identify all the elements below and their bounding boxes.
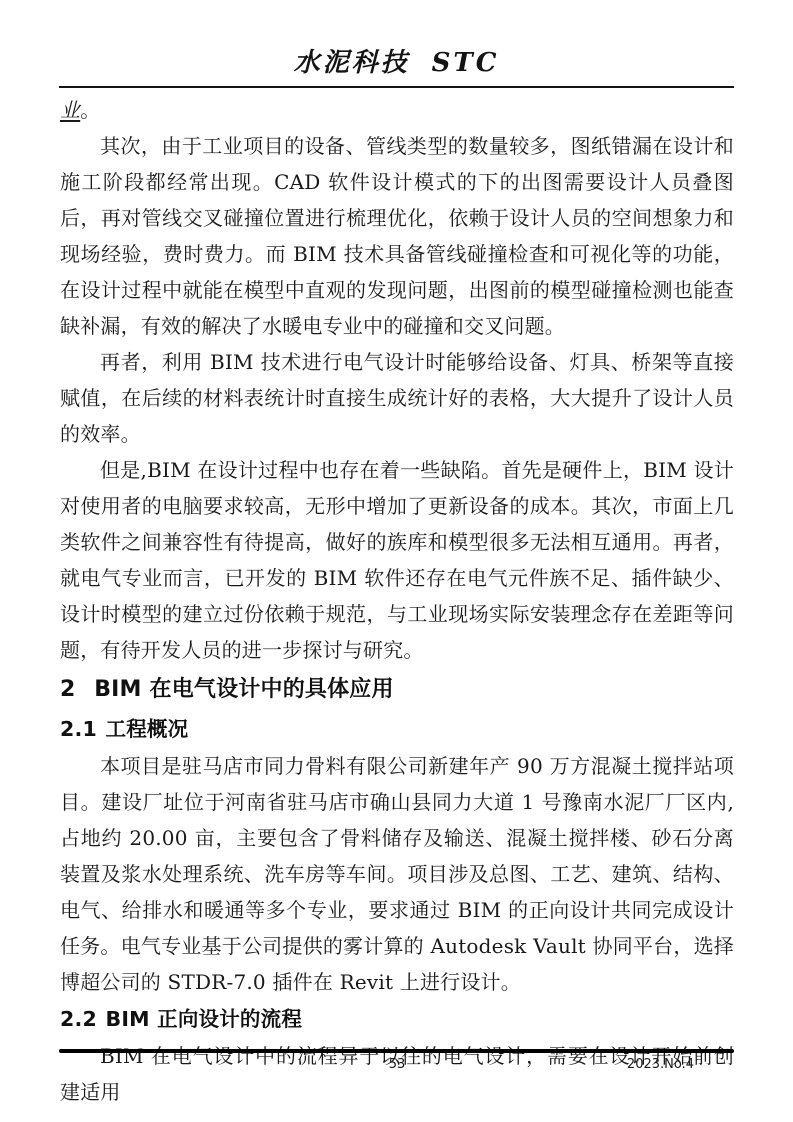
continuation-punct: 。: [80, 98, 100, 122]
paragraph-collision: 其次，由于工业项目的设备、管线类型的数量较多，图纸错漏在设计和施工阶段都经常出现…: [60, 128, 734, 344]
section-heading-2-title: BIM 在电气设计中的具体应用: [94, 677, 394, 702]
document-page: 水泥科技 STC 业。 其次，由于工业项目的设备、管线类型的数量较多，图纸错漏在…: [0, 0, 793, 1122]
section-heading-2-1-title: 工程概况: [106, 717, 189, 741]
section-heading-2-number: 2: [60, 670, 76, 710]
section-heading-2-2-number: 2.2: [60, 1000, 97, 1038]
section-heading-2-1-number: 2.1: [60, 710, 97, 748]
section-heading-2-1: 2.1工程概况: [60, 710, 734, 748]
section-heading-2-2: 2.2BIM 正向设计的流程: [60, 1000, 734, 1038]
footer-rule: [59, 1049, 734, 1053]
paragraph-project-overview: 本项目是驻马店市同力骨料有限公司新建年产 90 万方混凝土搅拌站项目。建设厂址位…: [60, 748, 734, 1000]
header-rule: [59, 86, 734, 88]
journal-title: 水泥科技 STC: [0, 42, 793, 79]
article-body: 业。 其次，由于工业项目的设备、管线类型的数量较多，图纸错漏在设计和施工阶段都经…: [60, 92, 734, 1110]
continuation-word: 业: [60, 98, 80, 122]
section-heading-2-2-title: BIM 正向设计的流程: [106, 1007, 303, 1031]
paragraph-efficiency: 再者，利用 BIM 技术进行电气设计时能够给设备、灯具、桥架等直接赋值，在后续的…: [60, 344, 734, 452]
section-heading-2: 2BIM 在电气设计中的具体应用: [60, 670, 734, 710]
footer: 53 2023.No.4: [60, 1057, 734, 1077]
issue-number: 2023.No.4: [627, 1057, 694, 1072]
paragraph-drawbacks: 但是,BIM 在设计过程中也存在着一些缺陷。首先是硬件上，BIM 设计对使用者的…: [60, 452, 734, 668]
continuation-line: 业。: [60, 92, 734, 128]
